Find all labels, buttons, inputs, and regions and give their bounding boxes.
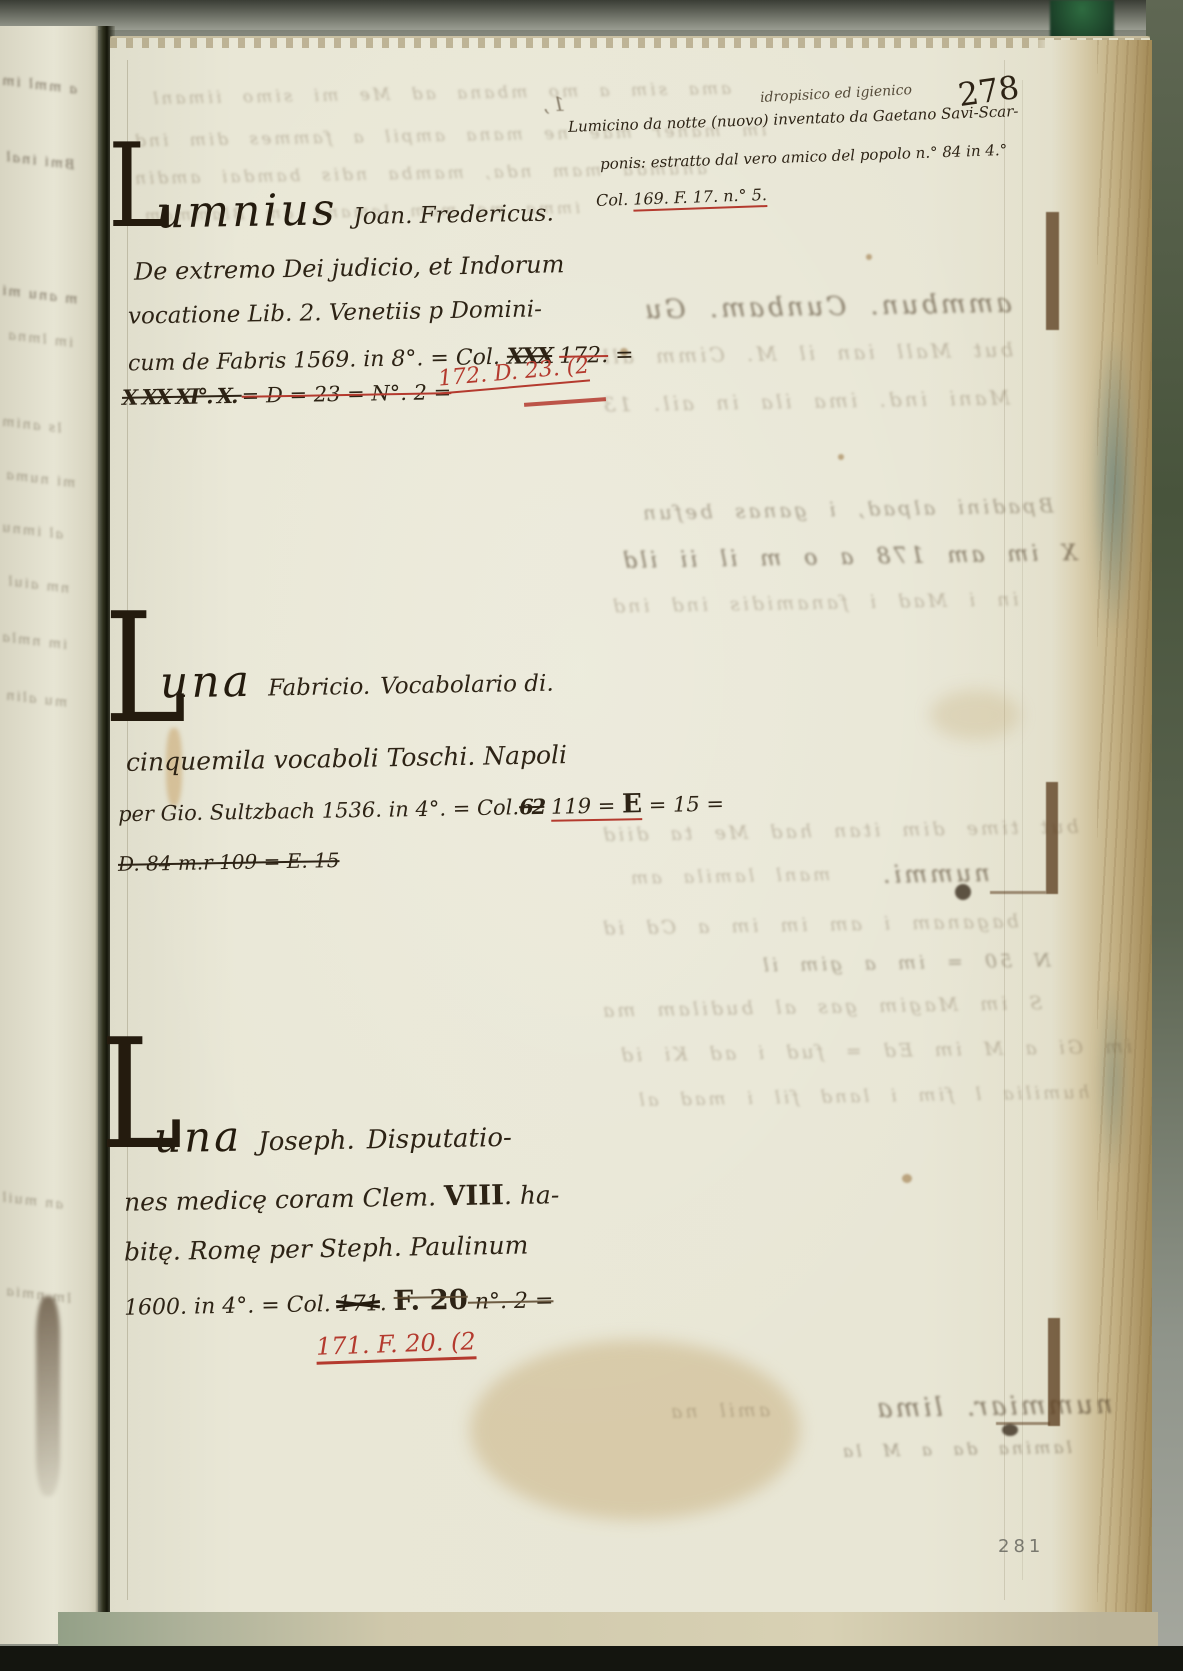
shelfmark-struck: F. 20 n°. 2 = (394, 1288, 554, 1316)
showthrough-line: lamina da a M la (840, 1438, 1072, 1462)
margin-rule (127, 60, 128, 1600)
facing-page-edge: a mml im Bmi inal m anu mi im lmna ls an… (0, 26, 98, 1644)
entry-headword: umnius (156, 184, 338, 238)
paper-stain (930, 690, 1020, 740)
ink-smudge (36, 1296, 60, 1496)
entry-heading: umniusJoan. Fredericus. (156, 181, 555, 239)
showthrough-line: a mml im (0, 73, 78, 97)
showthrough-initial-bar (1048, 1318, 1060, 1426)
showthrough-line: an muil (0, 1190, 64, 1213)
title-text: . ha- (504, 1180, 560, 1210)
showthrough-line: al imnu (0, 520, 64, 543)
entry-heading: unaJoseph.Disputatio- (154, 1107, 512, 1162)
showthrough-line: nummi. (880, 859, 990, 889)
imprint-text: = (608, 343, 634, 368)
showthrough-line: m anu mi (0, 283, 78, 307)
shelf-number-text: 119 = (551, 793, 622, 818)
foxing-spot (838, 454, 844, 460)
red-shelfmark-text: 171. F. 20. (2 (316, 1327, 477, 1365)
manuscript-photo: a mml im Bmi inal m anu mi im lmna ls an… (0, 0, 1183, 1671)
title-text: nes medicę coram Clem. (124, 1182, 444, 1217)
pencil-folio-number: 281 (998, 1536, 1044, 1557)
shelf-tail: = 15 = (642, 792, 724, 817)
showthrough-line: im nmla (0, 630, 68, 653)
shelf-number: 119 = E (551, 793, 643, 822)
cancelled-shelfmark-line: D. 84 m.r 109 = E. 15 (118, 848, 340, 876)
entry-title-start: Vocabolario di. (380, 671, 554, 700)
showthrough-line: amil na (668, 1399, 770, 1423)
entry-headword: una (160, 656, 253, 709)
ink-blot (955, 884, 971, 900)
showthrough-line: lm nmia (3, 1284, 72, 1307)
cancelled-marks: X XX XI°. X. (122, 383, 242, 410)
showthrough-initial-bar (1046, 782, 1058, 894)
shelfmark-prefix: Col. (596, 190, 634, 210)
showthrough-initial-foot (990, 891, 1046, 894)
showthrough-line: im lmna (5, 328, 74, 351)
background-top-strip (0, 0, 1183, 30)
imprint-text: . (380, 1291, 394, 1316)
showthrough-mark: 1, (540, 92, 566, 116)
shelf-tail: n°. 2 = (468, 1288, 554, 1314)
showthrough-initial-bar (1046, 212, 1059, 330)
entry-title-start: Disputatio- (366, 1123, 512, 1156)
imprint-text: 1600. in 4°. = Col. (124, 1292, 338, 1321)
showthrough-line: manl lamila am (628, 864, 831, 889)
showthrough-line: nm aiul (5, 574, 70, 597)
showthrough-line: nummiar. lima (874, 1390, 1113, 1424)
foxing-spot (866, 254, 872, 260)
showthrough-line: Bmi inal (3, 150, 75, 173)
cancelled-number: 171 (338, 1291, 380, 1317)
entry-headword: una (154, 1112, 243, 1163)
imprint-text: per Gio. Sultzbach 1536. in 4°. = Col. (118, 795, 519, 826)
showthrough-line: ls anim (0, 414, 62, 436)
shelf-letter: E (622, 788, 643, 819)
ink-blot (1002, 1424, 1018, 1436)
entry-author: Joseph. (258, 1126, 355, 1158)
entry-author: Joan. Fredericus. (353, 201, 554, 230)
shelfmark-number: 169. F. 17. n.° 5. (633, 185, 767, 212)
paper-stain (470, 1340, 800, 1520)
entry-heading: unaFabricio.Vocabolario di. (160, 651, 554, 709)
cancelled-shelfmark: = D = 23 = N°. 2 = (241, 380, 451, 408)
showthrough-line: mi numa (3, 468, 76, 492)
showthrough-line: mu alin (3, 688, 68, 711)
background-bottom-strip (0, 1646, 1183, 1671)
blue-stain (1090, 330, 1138, 640)
entry-author: Fabricio. (268, 674, 371, 702)
roman-numeral: VIII (444, 1179, 504, 1212)
red-shelfmark: 171. F. 20. (2 (316, 1327, 477, 1361)
foxing-spot (902, 1174, 912, 1183)
blue-stain (1096, 980, 1130, 1180)
cancelled-number: 62 (519, 794, 545, 819)
shelf-letter-number: F. 20 (393, 1284, 468, 1317)
